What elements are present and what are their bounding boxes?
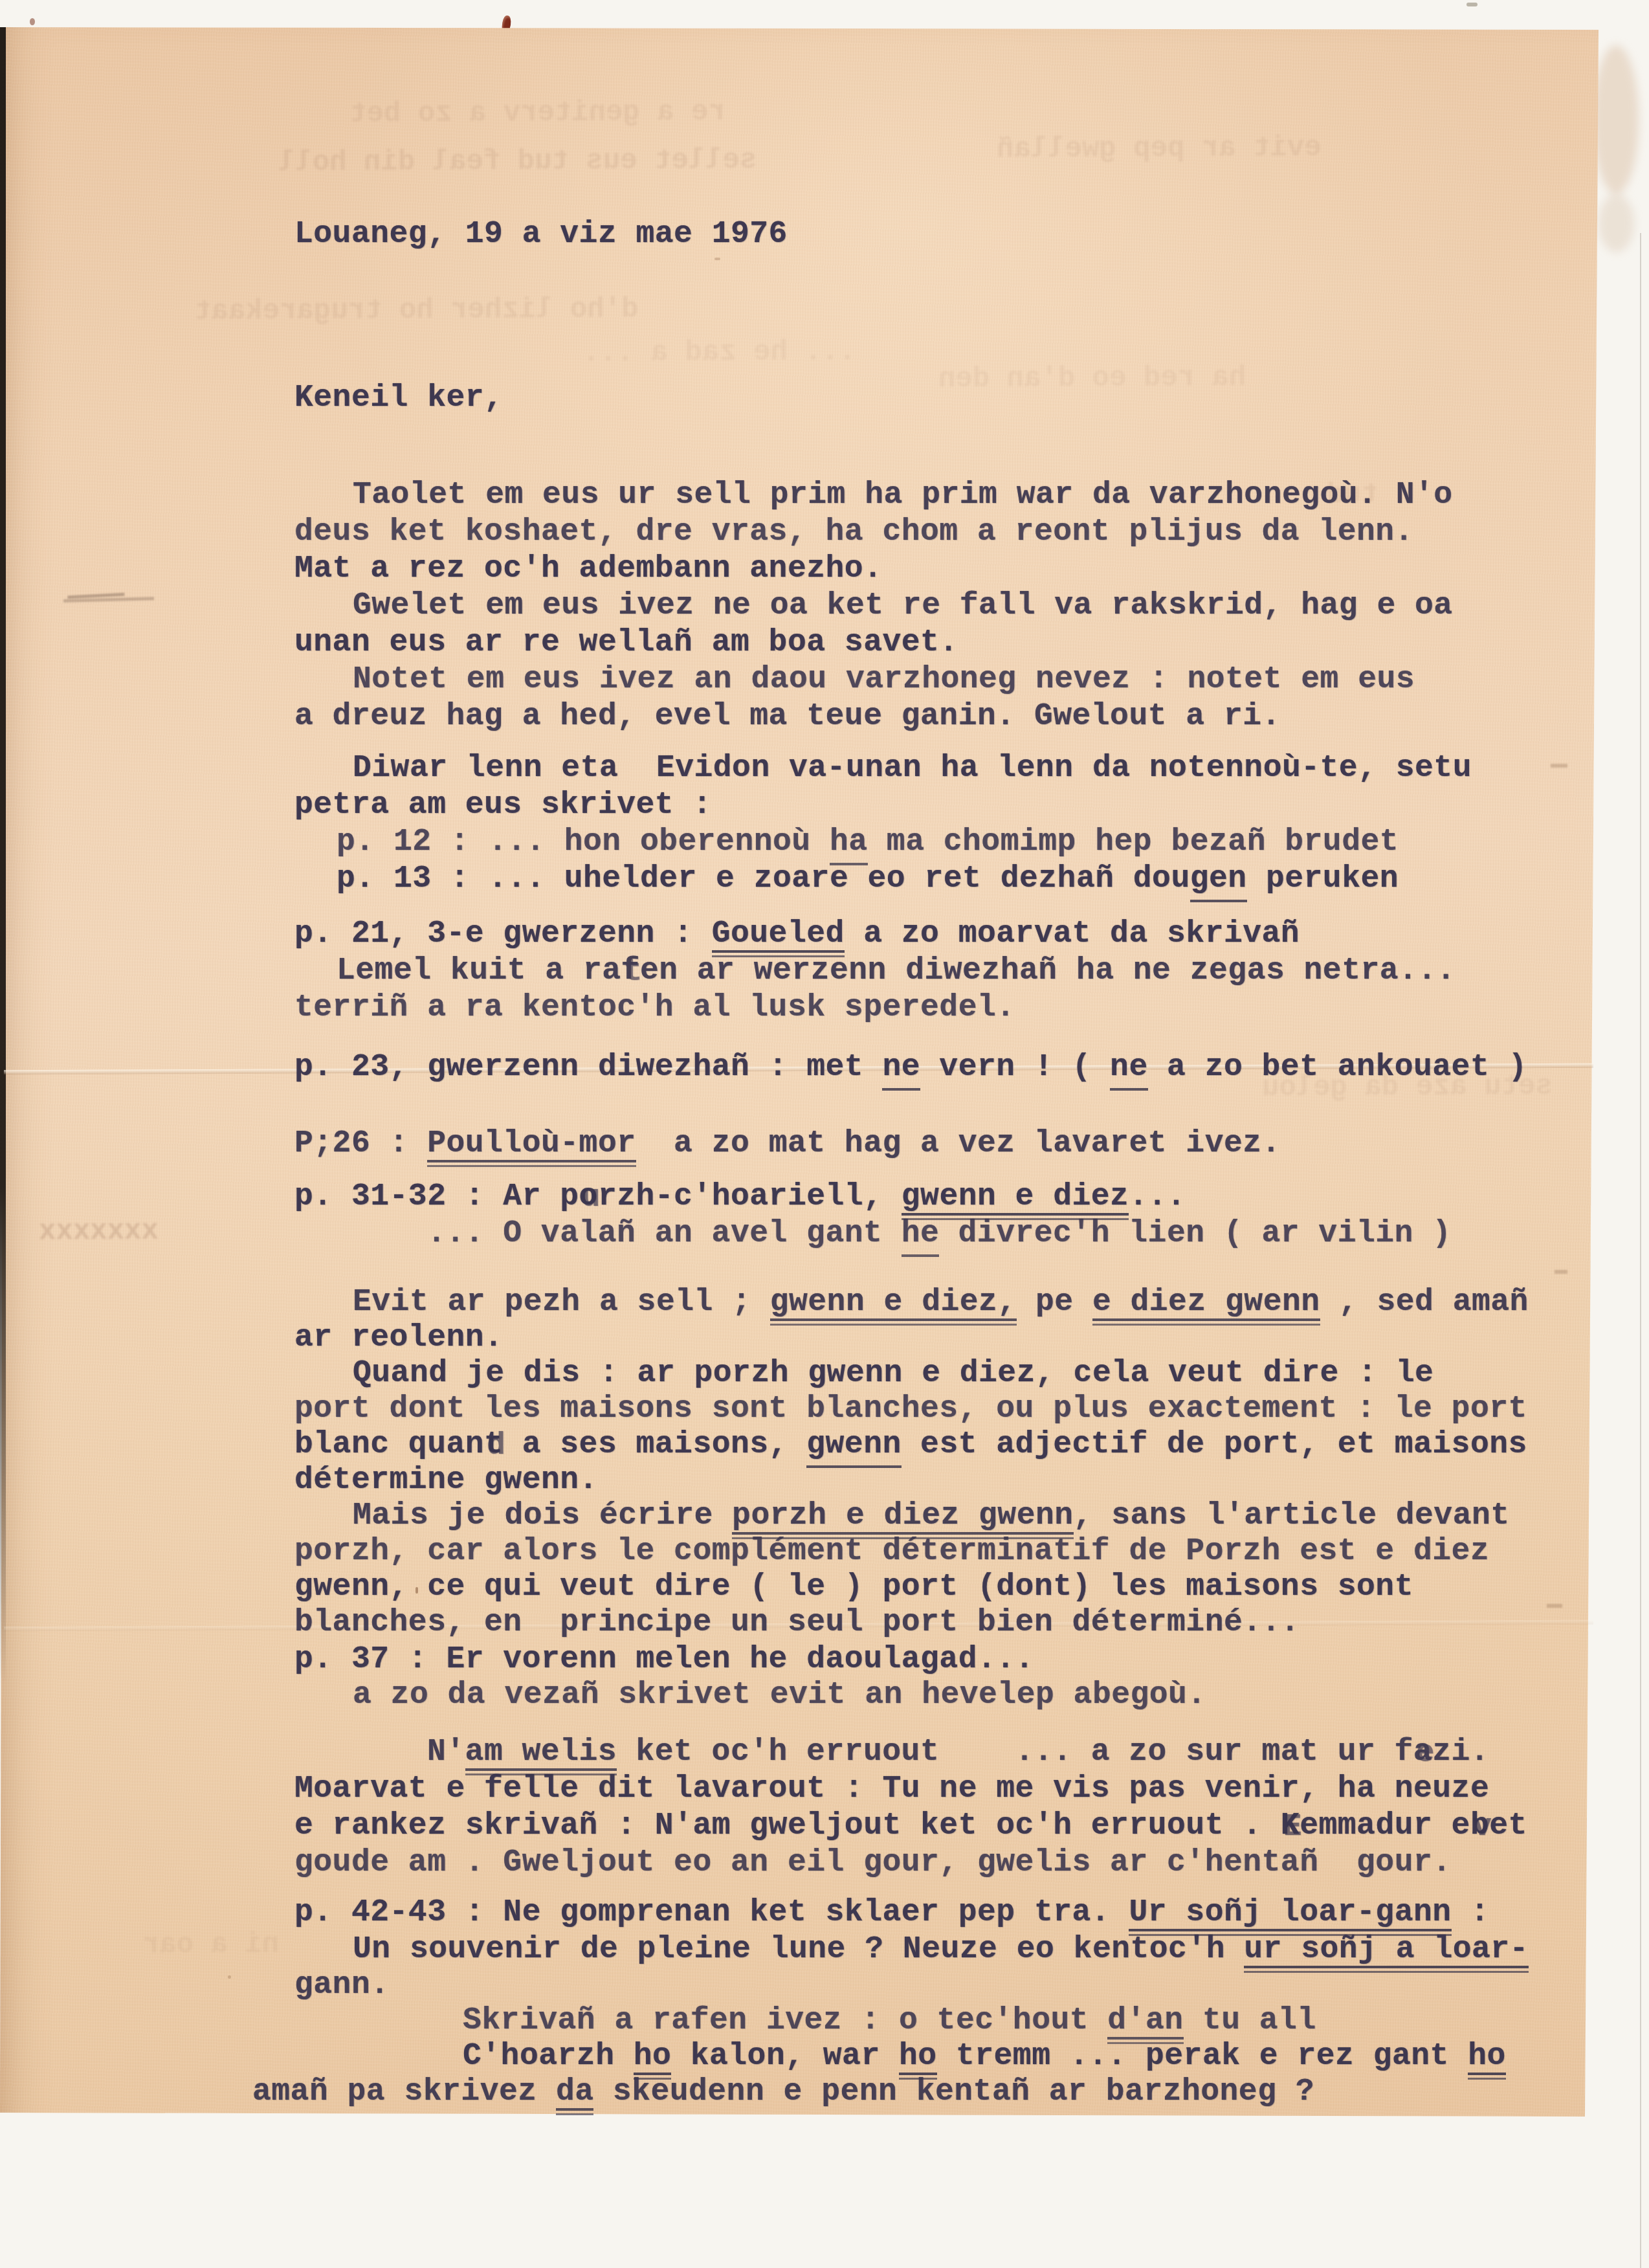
scanned-letter-page: { "letter": { "dateline": "Louaneg, 19 a…	[0, 0, 1649, 2268]
letter-line: ar reolenn.	[294, 1320, 503, 1355]
paper-fleck	[714, 258, 720, 260]
letter-line: N'am welis ket oc'h erruout ... a zo sur…	[427, 1735, 1489, 1770]
letter-line: Mais je dois écrire porzh e diez gwenn, …	[353, 1498, 1510, 1533]
underlined-text: e diez gwenn	[1092, 1285, 1320, 1326]
bleed-through-mark	[1547, 1604, 1562, 1608]
paper-left-edge-shadow	[0, 27, 6, 1684]
letter-line: petra am eus skrivet :	[294, 788, 712, 823]
letter-line: Gwelet em eus ivez ne oa ket re fall va …	[353, 588, 1453, 623]
overstrike-char: t	[484, 1427, 503, 1462]
letter-line: détermine gwenn.	[294, 1463, 598, 1498]
letter-line: Quand je dis : ar porzh gwenn e diez, ce…	[353, 1356, 1433, 1391]
letter-line: blanc quant a ses maisons, gwenn est adj…	[294, 1427, 1527, 1462]
letter-line: C'hoarzh ho kalon, war ho tremm ... pera…	[463, 2039, 1506, 2074]
letter-line: terriñ a ra kentoc'h al lusk speredel.	[294, 990, 1015, 1025]
underlined-text: am welis	[465, 1735, 617, 1775]
underlined-text: ho	[634, 2039, 672, 2080]
letter-line: Notet em eus ivez an daou varzhoneg neve…	[353, 662, 1415, 697]
letter-line: Evit ar pezh a sell ; gwenn e diez, pe e…	[353, 1285, 1529, 1320]
letter-line: p. 37 : Er vorenn melen he daoulagad...	[294, 1642, 1034, 1677]
underlined-text: ur soñj a loar-	[1244, 1932, 1529, 1973]
ink-speck	[1466, 3, 1477, 6]
letter-line: unan eus ar re wellañ am boa savet.	[294, 625, 958, 660]
underlined-text: Ur soñj loar-gann	[1129, 1895, 1451, 1936]
letter-line: Un souvenir de pleine lune ? Neuze eo ke…	[353, 1932, 1529, 1967]
underlined-text: gen	[1190, 862, 1247, 902]
overstrike-char: K	[1281, 1808, 1300, 1843]
overstrike-char: o	[579, 1179, 598, 1214]
bleed-through-mark	[1551, 764, 1567, 768]
ink-speck	[30, 18, 35, 25]
underlined-text: gwenn e diez	[902, 1179, 1129, 1220]
letter-line: a zo da vezañ skrivet evit an hevelep ab…	[353, 1678, 1206, 1713]
bleed-through-line: ... he zad a ...	[582, 336, 856, 370]
underlined-text: gwenn e diez,	[770, 1285, 1017, 1326]
bleed-through-line: xxxxxxx	[39, 1216, 159, 1249]
scanner-edge-line	[1640, 233, 1641, 2268]
scan-smudge	[1599, 194, 1634, 252]
bleed-through-line: ha red eo d'an den	[938, 362, 1246, 395]
letter-line: e rankez skrivañ : N'am gweljout ket oc'…	[294, 1808, 1527, 1843]
letter-line: Diwar lenn eta Evidon va-unan ha lenn da…	[353, 751, 1472, 786]
letter-line: p. 13 : ... uhelder e zoare eo ret dezha…	[337, 862, 1399, 896]
letter-line: Mat a rez oc'h adembann anezho.	[294, 551, 882, 586]
underlined-text: d'an	[1107, 2003, 1183, 2044]
letter-line: p. 42-43 : Ne gomprenan ket sklaer pep t…	[294, 1895, 1489, 1930]
bleed-through-line: evit ar pep gwellañ	[997, 132, 1322, 166]
underlined-text: porzh e diez gwenn	[732, 1498, 1073, 1539]
underlined-text: he	[902, 1216, 940, 1257]
letter-line: gann.	[294, 1968, 390, 2003]
letter-line: p. 21, 3-e gwerzenn : Goueled a zo moarv…	[294, 917, 1300, 951]
underlined-text: ne	[882, 1050, 920, 1091]
bleed-through-line: ni a oar	[142, 1928, 279, 1961]
overstrike-char: a	[1413, 1735, 1432, 1770]
scan-smudge	[1593, 45, 1639, 194]
letter-line: deus ket koshaet, dre vras, ha chom a re…	[294, 515, 1413, 550]
letter-line: ... O valañ an avel gant he divrec'h lie…	[427, 1216, 1451, 1251]
letter-line: port dont les maisons sont blanches, ou …	[294, 1392, 1527, 1427]
underlined-text: da	[556, 2074, 594, 2115]
bleed-through-line: d'ho lizher ho trugarekaat	[194, 293, 639, 328]
dateline: Louaneg, 19 a viz mae 1976	[294, 217, 788, 252]
overstrike-char: b	[1470, 1808, 1489, 1843]
underlined-text: Poulloù-mor	[427, 1126, 636, 1167]
underlined-text: ho	[899, 2039, 937, 2080]
letter-line: Moarvat e felle dit lavarout : Tu ne me …	[294, 1772, 1489, 1807]
bleed-through-mark	[1555, 1270, 1567, 1274]
underlined-text: ho	[1468, 2039, 1506, 2080]
letter-line: Lemel kuit a rafen ar werzenn diwezhañ h…	[337, 953, 1455, 988]
bleed-through-line: re a geniterv a zo bet	[349, 96, 725, 130]
pencil-stroke	[67, 583, 125, 599]
bleed-through-line: sellet eus tud feal din holl	[278, 144, 757, 179]
underlined-text: Goueled	[712, 917, 845, 957]
letter-line: gwenn, ce qui veut dire ( le ) port (don…	[294, 1570, 1413, 1605]
letter-line: a dreuz hag a hed, evel ma teue ganin. G…	[294, 699, 1281, 734]
letter-line: P;26 : Poulloù-mor a zo mat hag a vez la…	[294, 1126, 1281, 1161]
letter-line: porzh, car alors le complément détermina…	[294, 1534, 1489, 1569]
letter-line: goude am . Gweljout eo an eil gour, gwel…	[294, 1845, 1452, 1880]
letter-line: Taolet em eus ur sell prim ha prim war d…	[353, 478, 1453, 513]
letter-line: p. 12 : ... hon oberennoù ha ma chomimp …	[337, 825, 1399, 860]
letter-line: amañ pa skrivez da skeudenn e penn kenta…	[252, 2074, 1314, 2109]
overstrike-char: f	[621, 953, 640, 988]
underlined-text: ne	[1110, 1050, 1148, 1091]
letter-line: p. 23, gwerzenn diwezhañ : met ne vern !…	[294, 1050, 1527, 1085]
underlined-text: ha	[830, 825, 868, 865]
underlined-text: gwenn	[806, 1427, 902, 1468]
letter-line: p. 31-32 : Ar porzh-c'hoariell, gwenn e …	[294, 1179, 1186, 1214]
letter-line: blanches, en principe un seul port bien …	[294, 1605, 1300, 1640]
letter-line: Skrivañ a rafen ivez : o tec'hout d'an t…	[463, 2003, 1316, 2038]
salutation: Keneil ker,	[294, 381, 503, 416]
paper-fleck	[228, 1975, 231, 1979]
margin-pencil-mark	[63, 581, 160, 607]
